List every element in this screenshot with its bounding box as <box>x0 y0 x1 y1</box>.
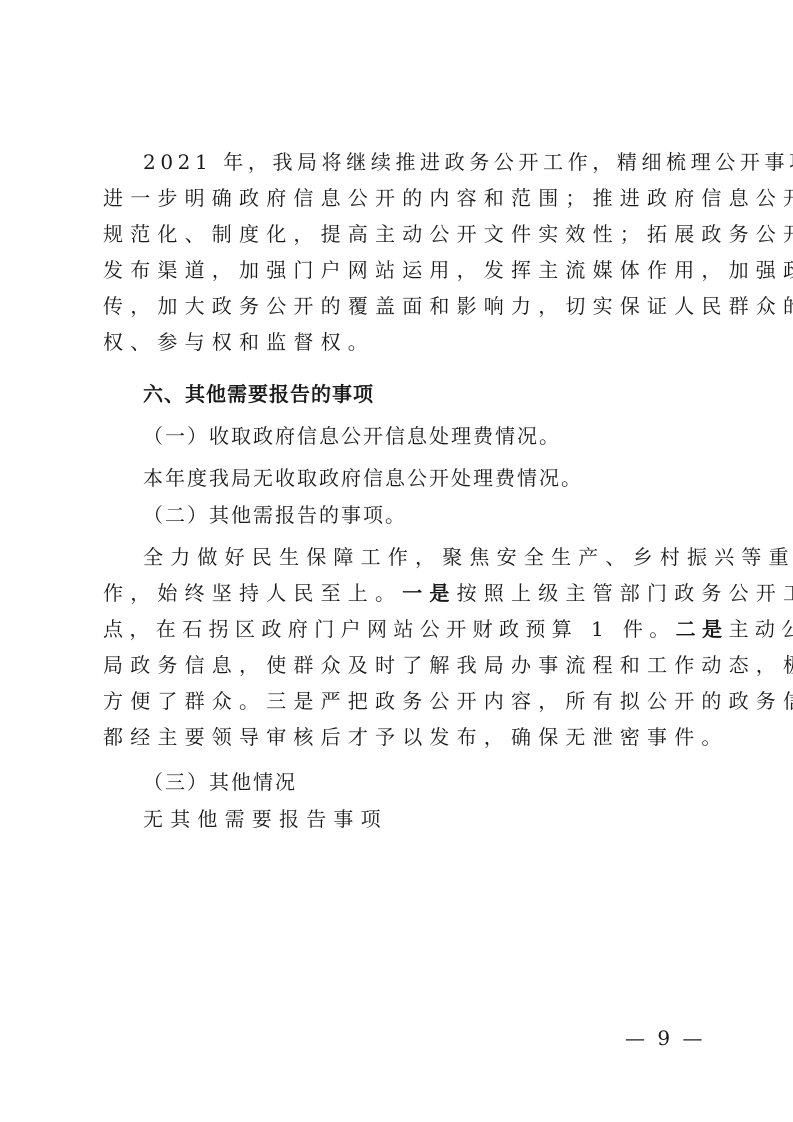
document-page: 2021 年，我局将继续推进政务公开工作，精细梳理公开事项， 进一步明确政府信息… <box>0 0 793 1122</box>
paragraph-line: 作，始终坚持人民至上。一是按照上级主管部门政务公开工作要 <box>103 581 699 605</box>
page-number: — 9 — <box>625 1026 705 1050</box>
section-heading: 六、其他需要报告的事项 <box>143 382 699 406</box>
paragraph-line: 规范化、制度化，提高主动公开文件实效性；拓展政务公开信息 <box>103 222 699 246</box>
paragraph-line: 都经主要领导审核后才予以发布，确保无泄密事件。 <box>103 725 699 749</box>
paragraph-line: 进一步明确政府信息公开的内容和范围；推进政府信息公开工作 <box>103 186 699 210</box>
emphasis: 一是 <box>402 581 456 605</box>
text: 点，在石拐区政府门户网站公开财政预算 1 件。 <box>103 617 676 641</box>
subsection-title: （一）收取政府信息公开信息处理费情况。 <box>143 424 699 448</box>
paragraph-line: 点，在石拐区政府门户网站公开财政预算 1 件。二是主动公开我 <box>103 617 699 641</box>
text: 主动公开我 <box>728 617 793 641</box>
subsection-title: （二）其他需报告的事项。 <box>143 503 699 527</box>
paragraph-line: 2021 年，我局将继续推进政务公开工作，精细梳理公开事项， <box>143 150 699 174</box>
paragraph-line: 局政务信息，使群众及时了解我局办事流程和工作动态，极大的 <box>103 653 699 677</box>
subsection-title: （三）其他情况 <box>143 770 699 794</box>
subsection-body: 无其他需要报告事项 <box>143 807 699 831</box>
emphasis: 二是 <box>676 617 729 641</box>
paragraph-line: 发布渠道，加强门户网站运用，发挥主流媒体作用，加强政策宣 <box>103 258 699 282</box>
text: 作，始终坚持人民至上。 <box>103 581 402 605</box>
paragraph-line: 权、参与权和监督权。 <box>103 330 699 354</box>
paragraph-line: 传，加大政务公开的覆盖面和影响力，切实保证人民群众的知情 <box>103 294 699 318</box>
paragraph-line: 方便了群众。三是严把政务公开内容，所有拟公开的政务信息， <box>103 689 699 713</box>
subsection-body: 本年度我局无收取政府信息公开处理费情况。 <box>143 466 699 490</box>
text: 按照上级主管部门政务公开工作要 <box>457 581 793 605</box>
paragraph-line: 全力做好民生保障工作，聚焦安全生产、乡村振兴等重点工 <box>143 545 699 569</box>
